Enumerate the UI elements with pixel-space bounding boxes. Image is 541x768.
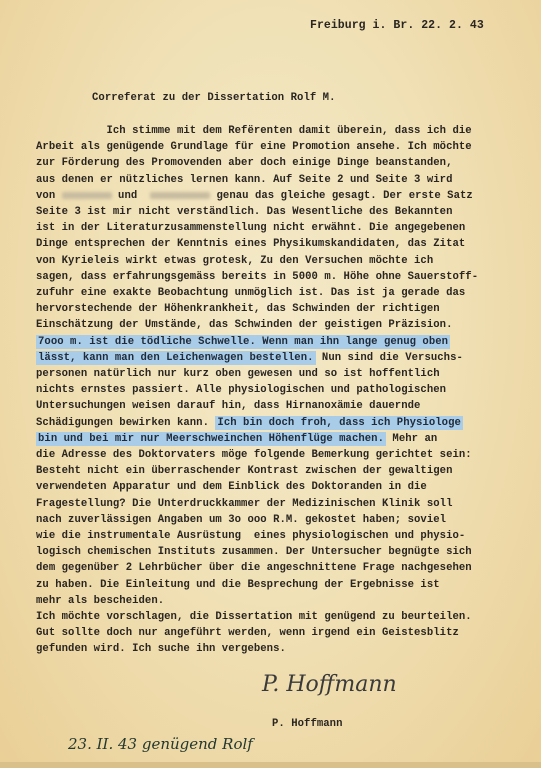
text-span: zur Förderung des Promovenden aber doch …: [36, 157, 452, 169]
text-span: die Adresse des Doktorvaters möge folgen…: [36, 449, 472, 461]
body-line: Seite 3 ist mir nicht verständlich. Das …: [36, 204, 452, 220]
text-span: logisch chemischen Instituts zusammen. D…: [36, 546, 472, 558]
highlighted-text: bin und bei mir nur Meerschweinchen Höhe…: [36, 432, 386, 446]
body-line: zufuhr eine exakte Beobachtung unmöglich…: [36, 285, 465, 301]
body-line: Einschätzung der Umstände, das Schwinden…: [36, 317, 452, 333]
text-span: Gut sollte doch nur angeführt werden, we…: [36, 627, 459, 639]
body-line: zu haben. Die Einleitung und die Besprec…: [36, 577, 440, 593]
body-line: verwendeten Apparatur und dem Einblick d…: [36, 479, 427, 495]
place-date: Freiburg i. Br. 22. 2. 43: [310, 18, 484, 34]
text-span: Besteht nicht ein überraschender Kontras…: [36, 465, 452, 477]
text-span: gefunden wird. Ich suche ihn vergebens.: [36, 643, 286, 655]
body-line: 7ooo m. ist die tödliche Schwelle. Wenn …: [36, 334, 450, 350]
text-span: hervorstechende der Höhenkrankheit, das …: [36, 303, 440, 315]
body-line: Besteht nicht ein überraschender Kontras…: [36, 463, 452, 479]
body-line: logisch chemischen Instituts zusammen. D…: [36, 544, 472, 560]
body-line: Dinge entsprechen der Kenntnis eines Phy…: [36, 236, 465, 252]
body-line: sagen, dass erfahrungsgemäss bereits in …: [36, 269, 478, 285]
handwritten-note: 23. II. 43 genügend Rolf: [68, 735, 253, 753]
body-line: nach zuverlässigen Angaben um 3o ooo R.M…: [36, 512, 446, 528]
text-span: Nun sind die Versuchs-: [316, 352, 463, 364]
text-span: nichts ernstes passiert. Alle physiologi…: [36, 384, 446, 396]
text-span: von: [36, 190, 62, 202]
body-line: zur Förderung des Promovenden aber doch …: [36, 155, 452, 171]
body-line: Arbeit als genügende Grundlage für eine …: [36, 139, 472, 155]
text-span: personen natürlich nur kurz oben gewesen…: [36, 368, 440, 380]
redacted-name: [62, 192, 112, 199]
text-span: Mehr an: [386, 433, 437, 445]
body-line: Ich stimme mit dem Refërenten damit über…: [36, 123, 472, 139]
text-span: Ich möchte vorschlagen, die Dissertation…: [36, 611, 472, 623]
text-span: von Kyrieleis wirkt etwas grotesk, Zu de…: [36, 255, 433, 267]
body-line: mehr als bescheiden.: [36, 593, 164, 609]
text-span: genau das gleiche gesagt. Der erste Satz: [210, 190, 473, 202]
document-title: Correferat zu der Dissertation Rolf M.: [92, 90, 335, 106]
text-span: Untersuchungen weisen darauf hin, dass H…: [36, 400, 420, 412]
body-line: die Adresse des Doktorvaters möge folgen…: [36, 447, 472, 463]
text-span: sagen, dass erfahrungsgemäss bereits in …: [36, 271, 478, 283]
text-span: Einschätzung der Umstände, das Schwinden…: [36, 319, 452, 331]
highlighted-text: lässt, kann man den Leichenwagen bestell…: [36, 351, 316, 365]
handwritten-signature: P. Hoffmann: [262, 672, 397, 697]
text-span: zufuhr eine exakte Beobachtung unmöglich…: [36, 287, 465, 299]
text-span: mehr als bescheiden.: [36, 595, 164, 607]
body-line: gefunden wird. Ich suche ihn vergebens.: [36, 641, 286, 657]
text-span: Dinge entsprechen der Kenntnis eines Phy…: [36, 238, 465, 250]
body-line: Ich möchte vorschlagen, die Dissertation…: [36, 609, 472, 625]
body-line: aus denen er nützliches lernen kann. Auf…: [36, 172, 452, 188]
body-line: Untersuchungen weisen darauf hin, dass H…: [36, 398, 420, 414]
paper-edge: [0, 762, 541, 768]
body-line: wie die instrumentale Ausrüstung eines p…: [36, 528, 465, 544]
text-span: Seite 3 ist mir nicht verständlich. Das …: [36, 206, 452, 218]
body-line: lässt, kann man den Leichenwagen bestell…: [36, 350, 463, 366]
highlighted-text: Ich bin doch froh, dass ich Physiologe: [215, 416, 462, 430]
text-span: dem gegenüber 2 Lehrbücher über die ange…: [36, 562, 472, 574]
typed-signature: P. Hoffmann: [272, 716, 342, 732]
body-line: von Kyrieleis wirkt etwas grotesk, Zu de…: [36, 253, 433, 269]
text-span: Ich stimme mit dem Refërenten damit über…: [36, 125, 472, 137]
body-line: personen natürlich nur kurz oben gewesen…: [36, 366, 440, 382]
body-line: bin und bei mir nur Meerschweinchen Höhe…: [36, 431, 437, 447]
body-line: nichts ernstes passiert. Alle physiologi…: [36, 382, 446, 398]
text-span: Arbeit als genügende Grundlage für eine …: [36, 141, 472, 153]
document-page: Freiburg i. Br. 22. 2. 43 Correferat zu …: [0, 0, 541, 768]
body-line: von und genau das gleiche gesagt. Der er…: [36, 188, 473, 204]
body-line: Fragestellung? Die Unterdruckkammer der …: [36, 496, 452, 512]
body-line: ist in der Literaturzusammenstellung nic…: [36, 220, 465, 236]
text-span: Fragestellung? Die Unterdruckkammer der …: [36, 498, 452, 510]
body-line: dem gegenüber 2 Lehrbücher über die ange…: [36, 560, 472, 576]
text-span: zu haben. Die Einleitung und die Besprec…: [36, 579, 440, 591]
text-span: und: [112, 190, 150, 202]
text-span: verwendeten Apparatur und dem Einblick d…: [36, 481, 427, 493]
body-line: hervorstechende der Höhenkrankheit, das …: [36, 301, 440, 317]
text-span: nach zuverlässigen Angaben um 3o ooo R.M…: [36, 514, 446, 526]
text-span: wie die instrumentale Ausrüstung eines p…: [36, 530, 465, 542]
text-span: Schädigungen bewirken kann.: [36, 417, 215, 429]
text-span: ist in der Literaturzusammenstellung nic…: [36, 222, 465, 234]
redacted-name: [150, 192, 210, 199]
text-span: aus denen er nützliches lernen kann. Auf…: [36, 174, 452, 186]
highlighted-text: 7ooo m. ist die tödliche Schwelle. Wenn …: [36, 335, 450, 349]
body-line: Schädigungen bewirken kann. Ich bin doch…: [36, 415, 463, 431]
body-line: Gut sollte doch nur angeführt werden, we…: [36, 625, 459, 641]
